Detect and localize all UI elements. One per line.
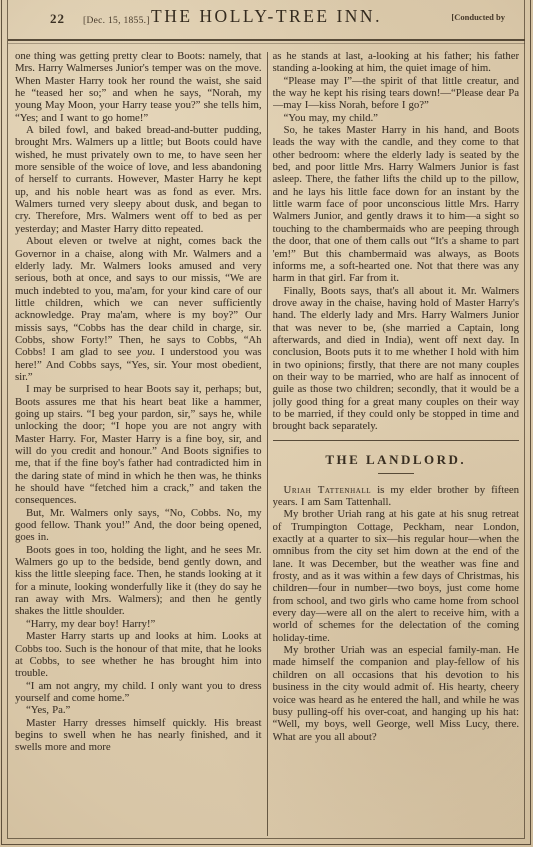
page: 22 [Dec. 15, 1855.] THE HOLLY-TREE INN. … xyxy=(0,0,533,847)
paragraph: “I am not angry, my child. I only want y… xyxy=(15,680,262,705)
paragraph: “You may, my child.” xyxy=(273,112,520,124)
page-header: 22 [Dec. 15, 1855.] THE HOLLY-TREE INN. … xyxy=(0,0,533,35)
conducted-by-note: [Conducted by xyxy=(451,12,505,22)
paragraph: My brother Uriah rang at his gate at his… xyxy=(273,508,520,644)
paragraph: Boots goes in too, holding the light, an… xyxy=(15,544,262,618)
left-column: one thing was getting pretty clear to Bo… xyxy=(15,50,262,844)
paragraph: A biled fowl, and baked bread-and-butter… xyxy=(15,124,262,235)
paragraph: one thing was getting pretty clear to Bo… xyxy=(15,50,262,124)
paragraph: Master Harry dresses himself quickly. Hi… xyxy=(15,717,262,754)
page-content: one thing was getting pretty clear to Bo… xyxy=(0,44,533,844)
section-divider-rule xyxy=(273,440,520,441)
right-column: as he stands at last, a-looking at his f… xyxy=(273,50,520,844)
right-column-top: as he stands at last, a-looking at his f… xyxy=(273,50,520,433)
paragraph: “Yes, Pa.” xyxy=(15,704,262,716)
paragraph: Finally, Boots says, that's all about it… xyxy=(273,285,520,433)
right-column-bottom: Uriah Tattenhall is my elder brother by … xyxy=(273,484,520,743)
column-divider xyxy=(267,52,268,836)
paragraph: But, Mr. Walmers only says, “No, Cobbs. … xyxy=(15,507,262,544)
paragraph: as he stands at last, a-looking at his f… xyxy=(273,50,520,75)
paragraph: “Please may I”—the spirit of that little… xyxy=(273,75,520,112)
paragraph: Uriah Tattenhall is my elder brother by … xyxy=(273,484,520,509)
paragraph: I may be surprised to hear Boots say it,… xyxy=(15,383,262,506)
paragraph: So, he takes Master Harry in his hand, a… xyxy=(273,124,520,284)
paragraph: Master Harry starts up and looks at him.… xyxy=(15,630,262,679)
section-heading-rule xyxy=(378,473,414,474)
paragraph: “Harry, my dear boy! Harry!” xyxy=(15,618,262,630)
paragraph: My brother Uriah was an especial family-… xyxy=(273,644,520,743)
paragraph: About eleven or twelve at night, comes b… xyxy=(15,235,262,383)
section-header-block: THE LANDLORD. xyxy=(273,440,520,474)
section-heading: THE LANDLORD. xyxy=(273,452,520,468)
